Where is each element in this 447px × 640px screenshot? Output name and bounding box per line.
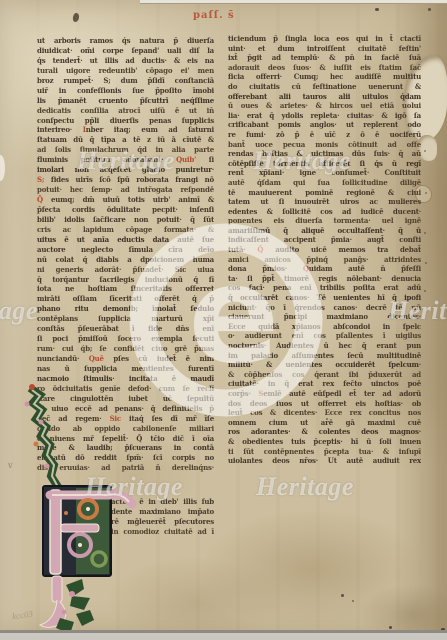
initial-mid-arm [61, 524, 99, 532]
watermark-text: Heritage [85, 472, 183, 502]
berry [45, 464, 50, 469]
pricking-dot [424, 290, 426, 292]
text-line: potuit· hec ſemp· ad intr̄ogata reſpondē [37, 185, 214, 195]
ink-speck [428, 8, 431, 11]
mount-backing-top [140, 0, 447, 6]
ink-speck [375, 8, 379, 11]
text-line: interireo· Inber itaq; eum ad ſaturni [37, 125, 214, 135]
descender-bar [52, 576, 62, 602]
ink-speck [341, 594, 344, 597]
text-line: broz rumpet̄· S; dum p̄ſidī conſtanciā [37, 76, 214, 86]
text-line: lis p̄manēt cruento p̄ſcuttrī neq́ſſime [37, 96, 214, 106]
berry [25, 402, 30, 407]
text-line: ū oues & arietes· & hircos uel etiā uolu… [228, 101, 421, 111]
text-line: uiolantes deos nr̄os· Ut autē audiuit re… [228, 456, 421, 466]
berry [29, 384, 35, 390]
watermark-text: Heritage [253, 146, 351, 176]
pricking-dot [425, 192, 427, 194]
watermark-text: Heritage [388, 296, 447, 326]
watermark-text: Heritage [0, 296, 38, 326]
text-line: ficia offerri· Cumq; hec audiſſē multitu [228, 72, 421, 82]
text-line: dedicatis conſilia atrocī uiſū ē ut in̄ [37, 106, 214, 116]
text-line: conſpectu pp̄li diuerſis penas ſupplicis [37, 116, 214, 126]
text-line: uint· et dum introiſſent ciuitatē feſtin… [228, 44, 421, 54]
text-line: offerebant alii tauros alii uitulos q́da… [228, 92, 421, 102]
text-line: ticiendum p̄ ſingla loca eos qui in t̄ c… [228, 34, 421, 44]
text-line: tē mauiuerent pominē regionē & ciui [228, 188, 421, 198]
berry [62, 610, 67, 615]
text-line: tatem ut ſi inuouirēt uiros ac mulieres [228, 197, 421, 207]
ink-speck [389, 626, 392, 629]
pricking-dot [424, 150, 426, 152]
text-line: turali uigore redeuntib' cōpago ei' men [37, 66, 214, 76]
foliage-dot [64, 511, 68, 515]
manuscript-photo: paſſ. s̄ ut arboris ramos q́s natura p̄ … [0, 0, 447, 640]
text-line: S; fides uirīs ſcō ſpū roborata frangi n… [37, 175, 214, 185]
text-line: do ciuitatis cū feſtinatione uenerunt & [228, 82, 421, 92]
text-line: ſtatuam dū q̄ tīpa a tē z iū ā cīutē & [37, 135, 214, 145]
text-line: re fumi· zō p̄ ē uīc̄ z ō ē uociferū [228, 130, 421, 140]
text-line: ti ſūt contēpnentes p̄cepta tua· & inſup… [228, 447, 421, 457]
foliage-dot [78, 543, 82, 547]
text-line: adorauit deos ſuos· & iuſſit eis ſtatim … [228, 63, 421, 73]
pricking-dot [424, 232, 426, 234]
text-line: & obedientes tuis p̄ceptis· hī ū ſoli in… [228, 437, 421, 447]
berry [39, 420, 44, 425]
watermark-text: Heritage [77, 146, 175, 176]
margin-pen-mark: v [8, 461, 13, 470]
text-line: q́s tendert̄· ut illis ad ductis· & eis … [37, 56, 214, 66]
ink-speck [352, 600, 354, 602]
text-line: lia· erat q̄ ydolis repleta· ciuitas· & … [228, 111, 421, 121]
berry [34, 442, 39, 447]
initial-stem [50, 490, 61, 574]
text-line: crificabant pomis anglos· ut replerent o… [228, 120, 421, 130]
watermark-text: Heritage [256, 472, 354, 502]
text-line: diuidicat· om̄i corpe ſepand' uali diſ l… [37, 46, 214, 56]
foliage-dot [86, 507, 90, 511]
text-line: uir̄ in confeſſionis ſue p̄poſito īmobi [37, 86, 214, 96]
berry [69, 591, 75, 597]
pricking-dot [425, 262, 427, 264]
text-line: ixt̄ p̄git ad templū· & pn̄ in faciē ſuā [228, 53, 421, 63]
copyright-watermark-icon: e [118, 210, 340, 436]
text-line: autē q́ſdam qui ſua ſollicitudine diligē [228, 178, 421, 188]
text-line: Q̄ eumq; dm̄ uiuū totis uirb' animī & [37, 195, 214, 205]
watermark-e-glyph: e [188, 237, 280, 394]
text-line: ut arboris ramos q́s natura p̄ diuerſa [37, 36, 214, 46]
mount-backing-bottom [0, 630, 447, 640]
running-title: paſſ. s̄ [193, 10, 253, 21]
